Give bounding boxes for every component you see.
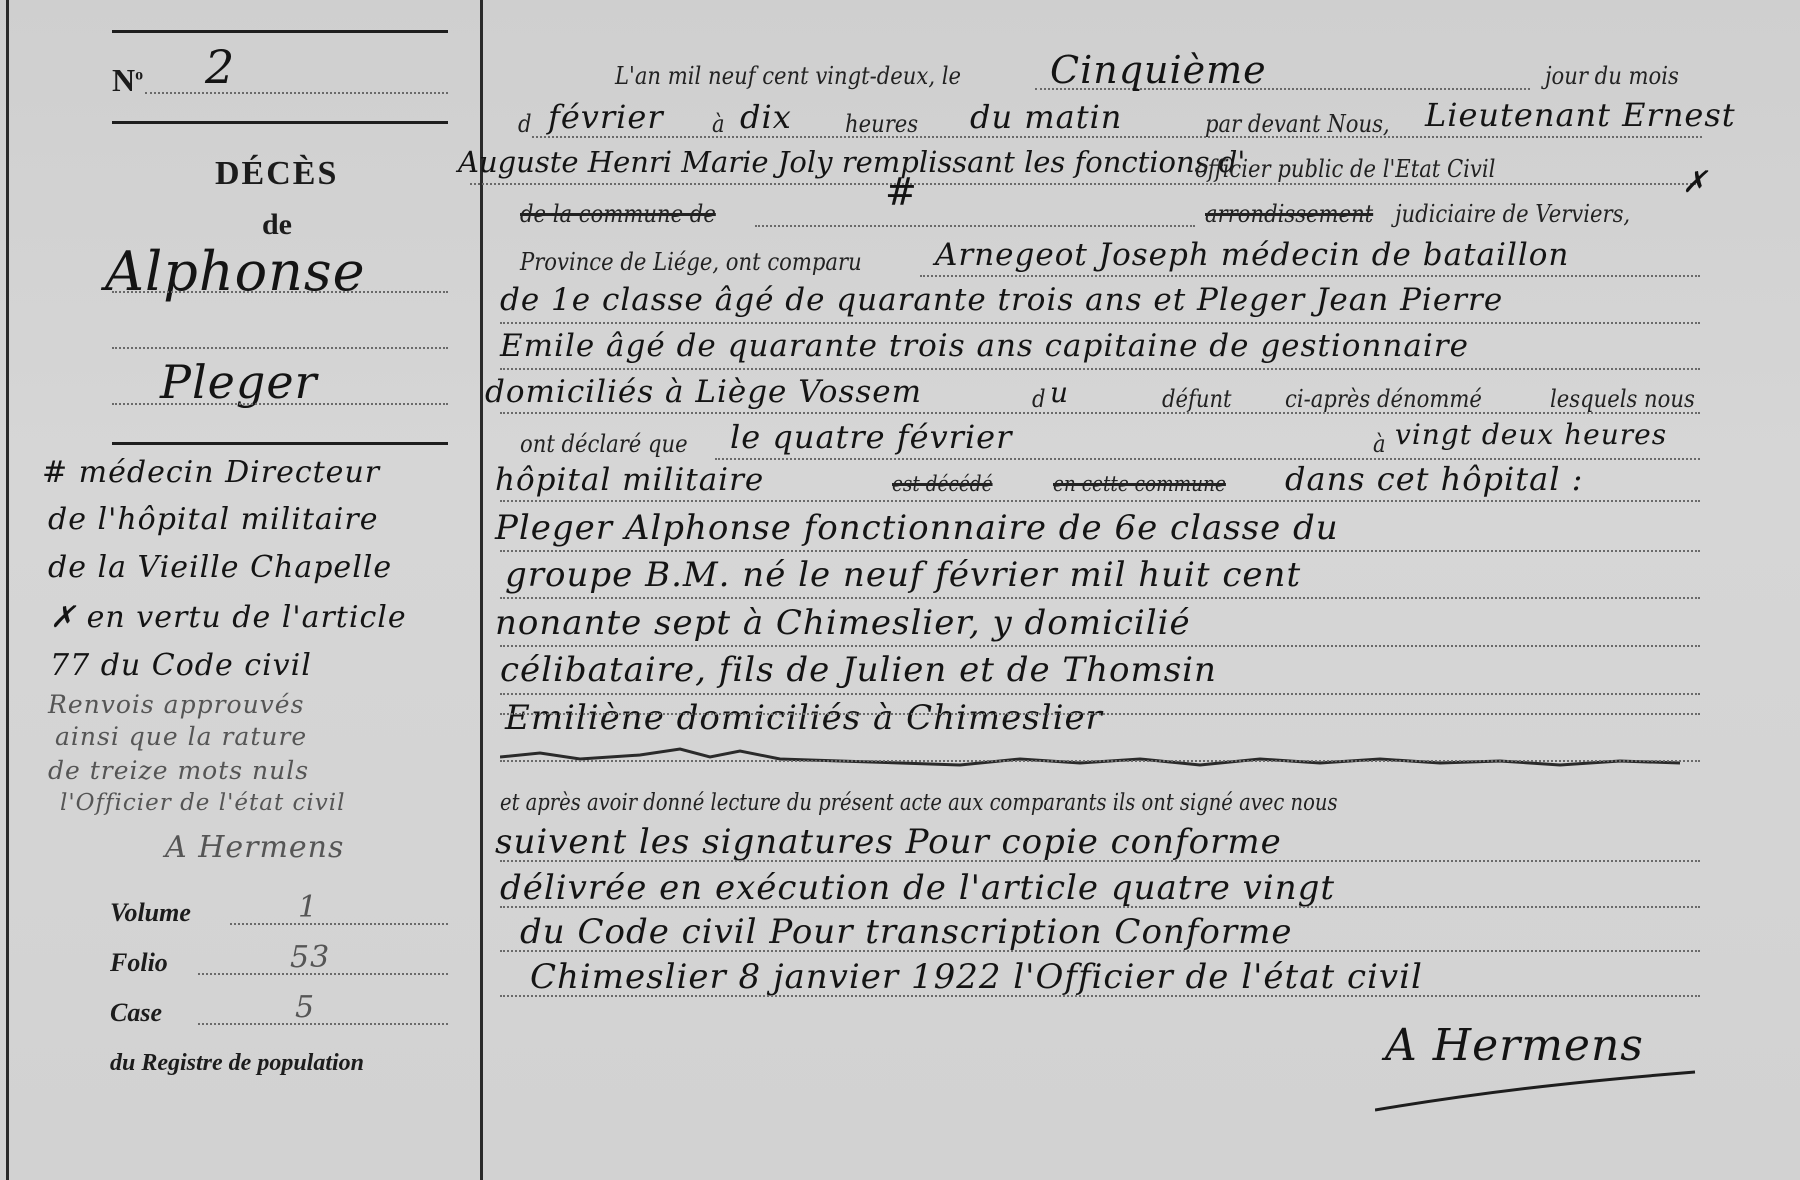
printed-text: à bbox=[1373, 430, 1386, 458]
margin-note-line: 77 du Code civil bbox=[50, 648, 312, 683]
dotted-line bbox=[500, 412, 1700, 414]
binding-edge bbox=[6, 0, 9, 1180]
hand-place: hôpital militaire bbox=[495, 462, 764, 498]
hand-domicile: domiciliés à Liège Vossem bbox=[485, 374, 922, 410]
dotted-line bbox=[920, 275, 1700, 277]
margin-note-line: # médecin Directeur bbox=[42, 455, 380, 490]
printed-text: d bbox=[1032, 385, 1046, 413]
number-rule bbox=[112, 121, 448, 124]
printed-text: ont déclaré que bbox=[520, 430, 688, 458]
volume-label: Volume bbox=[110, 898, 191, 928]
hand-relation: u bbox=[1050, 376, 1069, 409]
printed-struck-text: est décédé bbox=[892, 472, 993, 496]
hand-place-2: dans cet hôpital : bbox=[1285, 460, 1583, 498]
margin-signature: A Hermens bbox=[165, 830, 344, 865]
officer-signature: A Hermens bbox=[1385, 1020, 1644, 1071]
number-dotted-line bbox=[145, 92, 448, 94]
folio-value: 53 bbox=[290, 940, 330, 975]
dotted-line bbox=[500, 760, 1700, 762]
dotted-line bbox=[500, 645, 1700, 647]
top-rule bbox=[112, 30, 448, 33]
dotted-line bbox=[755, 225, 1195, 227]
folio-label: Folio bbox=[110, 948, 168, 978]
closing-printed-text: et après avoir donné lecture du présent … bbox=[500, 790, 1338, 816]
hand-death-date: le quatre février bbox=[730, 418, 1012, 456]
name-dotted-line-2 bbox=[112, 347, 448, 349]
printed-struck-text: de la commune de bbox=[520, 200, 716, 228]
hand-officer-full: Auguste Henri Marie Joly remplissant les… bbox=[458, 145, 1245, 179]
dotted-line bbox=[500, 368, 1700, 370]
margin-approval-line: ainsi que la rature bbox=[55, 722, 307, 751]
printed-text: d bbox=[518, 110, 532, 138]
hand-hour: dix bbox=[740, 98, 792, 136]
dotted-line bbox=[532, 136, 1702, 138]
name-dotted-line-3 bbox=[112, 403, 448, 405]
margin-note-line: de la Vieille Chapelle bbox=[48, 550, 392, 585]
document-page: No 2 DÉCÈS de Alphonse Pleger # médecin … bbox=[0, 0, 1800, 1180]
dotted-line bbox=[500, 860, 1700, 862]
printed-text: ci-après dénommé bbox=[1285, 385, 1482, 413]
margin-approval-line: de treize mots nuls bbox=[48, 756, 309, 785]
closing-hand-line: Chimeslier 8 janvier 1922 l'Officier de … bbox=[530, 957, 1423, 997]
printed-struck-text: en cette commune bbox=[1053, 472, 1226, 496]
record-number-label: No bbox=[112, 62, 143, 99]
deceased-first-name: Alphonse bbox=[105, 240, 366, 303]
hand-text-line: Pleger Alphonse fonctionnaire de 6e clas… bbox=[495, 508, 1339, 548]
hand-text-line: Emile âgé de quarante trois ans capitain… bbox=[500, 328, 1469, 364]
printed-text: par devant Nous, bbox=[1205, 110, 1390, 138]
name-rule bbox=[112, 442, 448, 445]
closing-hand-line: du Code civil Pour transcription Conform… bbox=[520, 912, 1292, 952]
hand-day: Cinquième bbox=[1050, 48, 1267, 92]
dotted-line bbox=[500, 322, 1700, 324]
record-title: DÉCÈS bbox=[215, 155, 338, 193]
hand-comparant-1: Arnegeot Joseph médecin de bataillon bbox=[935, 237, 1569, 273]
dotted-line bbox=[500, 995, 1700, 997]
hand-text-line: célibataire, fils de Julien et de Thomsi… bbox=[500, 650, 1217, 690]
name-dotted-line-1 bbox=[112, 291, 448, 293]
hand-text-line: groupe B.M. né le neuf février mil huit … bbox=[505, 555, 1301, 595]
hand-death-time: vingt deux heures bbox=[1395, 418, 1667, 451]
record-number-value: 2 bbox=[205, 40, 235, 94]
hand-text-line: Emiliène domiciliés à Chimeslier bbox=[505, 698, 1103, 738]
printed-text: jour du mois bbox=[1545, 62, 1679, 90]
dotted-line bbox=[500, 500, 1700, 502]
printed-text: officier public de l'Etat Civil bbox=[1195, 155, 1495, 183]
asterisk-mark: ✗ bbox=[1682, 165, 1708, 200]
margin-approval-line: Renvois approuvés bbox=[48, 690, 304, 719]
printed-text: Province de Liége, ont comparu bbox=[520, 248, 862, 276]
hand-time: du matin bbox=[970, 98, 1122, 136]
volume-value: 1 bbox=[298, 890, 318, 925]
dotted-line bbox=[500, 693, 1700, 695]
printed-text: lesquels nous bbox=[1550, 385, 1695, 413]
closing-hand-line: suivent les signatures Pour copie confor… bbox=[495, 822, 1282, 862]
margin-approval-line: l'Officier de l'état civil bbox=[60, 790, 345, 816]
volume-dotted-line bbox=[230, 923, 448, 925]
case-dotted-line bbox=[198, 1023, 448, 1025]
printed-text: L'an mil neuf cent vingt-deux, le bbox=[615, 62, 961, 90]
margin-note-line: de l'hôpital militaire bbox=[48, 502, 378, 537]
hand-officer-name: Lieutenant Ernest bbox=[1425, 96, 1736, 134]
signature-flourish bbox=[1375, 1070, 1705, 1120]
printed-text: à bbox=[712, 110, 725, 138]
hash-mark: # bbox=[885, 170, 918, 214]
margin-note-line: ✗ en vertu de l'article bbox=[50, 600, 407, 635]
case-value: 5 bbox=[295, 990, 315, 1025]
hand-text-line: nonante sept à Chimeslier, y domicilié bbox=[495, 603, 1191, 643]
closing-hand-line: délivrée en exécution de l'article quatr… bbox=[500, 868, 1335, 908]
register-footer-label: du Registre de population bbox=[110, 1050, 364, 1077]
dotted-line bbox=[470, 183, 1700, 185]
printed-text: défunt bbox=[1162, 385, 1232, 413]
hand-month: février bbox=[548, 98, 664, 136]
dotted-line bbox=[500, 713, 1700, 715]
deceased-last-name: Pleger bbox=[160, 355, 318, 409]
printed-text: heures bbox=[845, 110, 918, 138]
dotted-line bbox=[500, 597, 1700, 599]
dotted-line bbox=[500, 550, 1700, 552]
record-title-de: de bbox=[262, 208, 292, 242]
dotted-line bbox=[500, 906, 1700, 908]
printed-text: judiciaire de Verviers, bbox=[1395, 200, 1630, 228]
case-label: Case bbox=[110, 998, 162, 1028]
hand-text-line: de 1e classe âgé de quarante trois ans e… bbox=[500, 282, 1503, 318]
dotted-line bbox=[500, 950, 1700, 952]
printed-struck-text: arrondissement bbox=[1205, 200, 1373, 228]
